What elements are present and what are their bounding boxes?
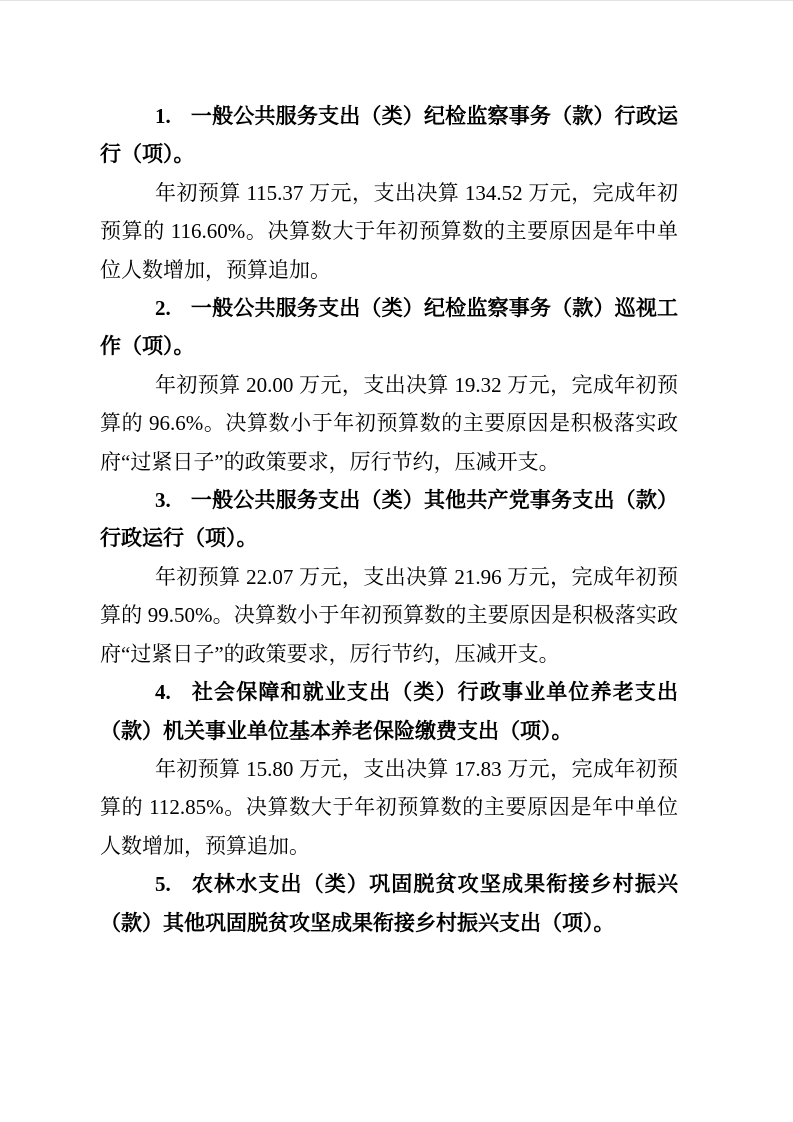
item-1-heading: 1.一般公共服务支出（类）纪检监察事务（款）行政运行（项）。 [100,97,678,174]
item-4-paragraph: 年初预算 15.80 万元，支出决算 17.83 万元，完成年初预算的 112.… [100,750,678,865]
item-2-paragraph: 年初预算 20.00 万元，支出决算 19.32 万元，完成年初预算的 96.6… [100,366,678,481]
item-4-heading: 4.社会保障和就业支出（类）行政事业单位养老支出（款）机关事业单位基本养老保险缴… [100,673,678,750]
item-3-paragraph: 年初预算 22.07 万元，支出决算 21.96 万元，完成年初预算的 99.5… [100,558,678,673]
item-5-heading: 5.农林水支出（类）巩固脱贫攻坚成果衔接乡村振兴（款）其他巩固脱贫攻坚成果衔接乡… [100,865,678,942]
document-page: 1.一般公共服务支出（类）纪检监察事务（款）行政运行（项）。 年初预算 115.… [0,0,793,1122]
item-4-heading-text: 社会保障和就业支出（类）行政事业单位养老支出（款）机关事业单位基本养老保险缴费支… [100,680,678,742]
item-2-heading: 2.一般公共服务支出（类）纪检监察事务（款）巡视工作（项）。 [100,289,678,366]
item-2-number: 2. [155,289,171,327]
item-2-heading-text: 一般公共服务支出（类）纪检监察事务（款）巡视工作（项）。 [100,296,678,358]
item-1-paragraph: 年初预算 115.37 万元，支出决算 134.52 万元，完成年初预算的 11… [100,174,678,289]
item-4-number: 4. [155,673,171,711]
document-body: 1.一般公共服务支出（类）纪检监察事务（款）行政运行（项）。 年初预算 115.… [100,97,678,942]
item-3-heading-text: 一般公共服务支出（类）其他共产党事务支出（款）行政运行（项）。 [100,488,678,550]
item-5-number: 5. [155,865,171,903]
item-5-heading-text: 农林水支出（类）巩固脱贫攻坚成果衔接乡村振兴（款）其他巩固脱贫攻坚成果衔接乡村振… [100,872,678,934]
item-1-heading-text: 一般公共服务支出（类）纪检监察事务（款）行政运行（项）。 [100,104,678,166]
item-1-number: 1. [155,97,171,135]
item-3-heading: 3.一般公共服务支出（类）其他共产党事务支出（款）行政运行（项）。 [100,481,678,558]
item-3-number: 3. [155,481,171,519]
